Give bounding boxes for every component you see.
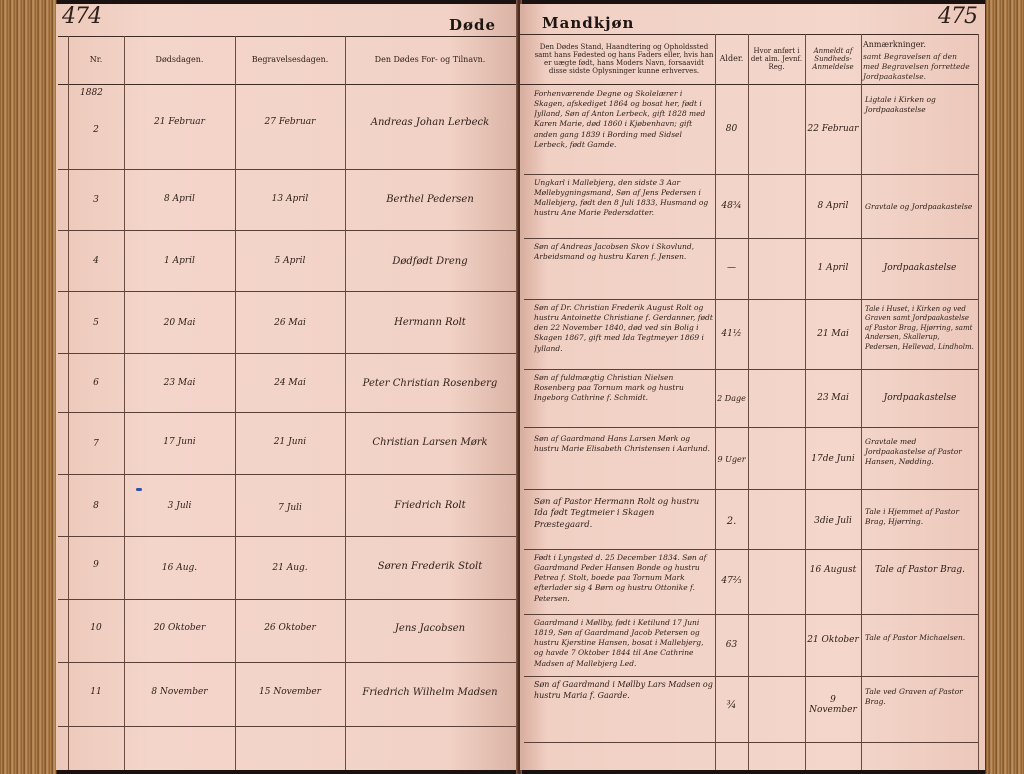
entry-age: 2. <box>715 494 748 548</box>
entry-burial-date: 13 April <box>235 170 345 228</box>
entry-age: 9 Uger <box>715 431 748 487</box>
entry-reported: 17de Juni <box>805 431 861 487</box>
entry-burial-date: 21 Aug. <box>235 537 345 599</box>
entry-name: Peter Christian Rosenberg <box>345 354 515 412</box>
entry-burial-date: 21 Juni <box>235 413 345 471</box>
entry-death-date: 8 November <box>124 663 235 721</box>
entry-reported: 9 November <box>805 677 861 733</box>
entry-status: Født i Lyngsted d. 25 December 1834. Søn… <box>534 550 714 615</box>
header-remarks: Anmærkninger. <box>863 38 903 52</box>
entry-status: Ungkarl i Mallebjerg, den sidste 3 Aar M… <box>534 175 714 240</box>
year-label: 1882 <box>80 86 103 100</box>
entry-burial-date: 26 Mai <box>235 292 345 353</box>
header-nr: Nr. <box>68 36 124 84</box>
entry-status: Søn af Andreas Jacobsen Skov i Skovlund,… <box>534 239 714 300</box>
entry-nr: 9 <box>68 537 124 593</box>
entry-burial-date: 5 April <box>235 231 345 291</box>
section-title-dode: Døde <box>449 16 496 34</box>
entry-name: Jens Jacobsen <box>345 600 515 656</box>
entry-burial-date: 27 Februar <box>235 100 345 144</box>
entry-nr: 2 <box>68 100 124 160</box>
col-divider <box>978 34 979 770</box>
entry-remarks: Tale i Huset, i Kirken og ved Graven sam… <box>865 302 975 371</box>
entry-death-date: 16 Aug. <box>124 537 235 599</box>
entry-status: Søn af Pastor Hermann Rolt og hustru Ida… <box>534 494 714 551</box>
entry-status: Forhenværende Degne og Skolelærer i Skag… <box>534 86 714 175</box>
entry-death-date: 20 Oktober <box>124 600 235 656</box>
entry-remarks: Jordpaakastelse <box>865 239 975 297</box>
header-remarks-note: samt Begravelsen af den med Begravelsen … <box>863 52 975 81</box>
entry-name: Berthel Pedersen <box>345 170 515 228</box>
entry-status: Søn af fuldmægtig Christian Nielsen Rose… <box>534 370 714 429</box>
book-page-edges-right <box>985 0 1024 774</box>
entry-status: Søn af Gaardmand Hans Larsen Mørk og hus… <box>534 431 714 490</box>
entry-age: ¾ <box>715 677 748 733</box>
right-page: Mandkjøn 475 Den Dødes Stand, Haandterin… <box>520 4 985 770</box>
entry-reported: 22 Februar <box>805 86 861 172</box>
entry-nr: 8 <box>68 475 124 536</box>
entry-age: 41½ <box>715 300 748 368</box>
entry-nr: 6 <box>68 354 124 412</box>
entry-age: 47⅔ <box>715 550 748 612</box>
entry-nr: 5 <box>68 292 124 353</box>
entry-status: Gaardmand i Møllby, født i Ketilund 17 J… <box>534 615 714 678</box>
entry-name: Søren Frederik Stolt <box>345 537 515 595</box>
col-divider <box>748 34 749 770</box>
entry-burial-date: 24 Mai <box>235 354 345 412</box>
entry-death-date: 21 Februar <box>124 100 235 144</box>
entry-age: 80 <box>715 86 748 172</box>
entry-name: Friedrich Rolt <box>345 475 515 536</box>
header-burial-date: Begravelsesdagen. <box>235 36 345 84</box>
entry-nr: 7 <box>68 413 124 474</box>
left-page: 474 Døde Nr. Dødsdagen. Begravelsesdagen… <box>56 4 518 770</box>
entry-name: Dødfødt Dreng <box>345 231 515 291</box>
entry-death-date: 8 April <box>124 170 235 228</box>
header-bottom-rule <box>520 84 978 85</box>
entry-remarks: Tale i Hjemmet af Pastor Brag, Hjørring. <box>865 504 975 547</box>
entry-reported: 3die Juli <box>805 494 861 548</box>
entry-remarks: Ligtale i Kirken og Jordpaakastelse <box>865 92 975 165</box>
header-register: Hvor anført i det alm. Jevnf. Reg. <box>748 36 805 82</box>
entry-reported: 16 August <box>805 550 861 590</box>
header-reported: Anmeldt af Sundheds-Anmeldelse <box>805 36 861 82</box>
entry-age: 48¾ <box>715 175 748 237</box>
entry-nr: 3 <box>68 170 124 230</box>
col-divider <box>861 34 862 770</box>
entry-burial-date: 15 November <box>235 663 345 721</box>
entry-reported: 21 Mai <box>805 300 861 368</box>
entry-name: Friedrich Wilhelm Madsen <box>345 663 515 721</box>
entry-reported: 1 April <box>805 239 861 297</box>
entry-reported: 21 Oktober <box>805 615 861 665</box>
entry-nr: 4 <box>68 231 124 291</box>
entry-death-date: 20 Mai <box>124 292 235 353</box>
entry-age: — <box>715 239 748 297</box>
entry-name: Christian Larsen Mørk <box>345 413 515 471</box>
entry-name: Andreas Johan Lerbeck <box>345 100 515 144</box>
entry-burial-date: 26 Oktober <box>235 600 345 656</box>
entry-death-date: 23 Mai <box>124 354 235 412</box>
page-number-right: 475 <box>938 4 977 29</box>
header-death-date: Dødsdagen. <box>124 36 235 84</box>
header-bottom-rule <box>58 84 518 85</box>
entry-status: Søn af Dr. Christian Frederik August Rol… <box>534 300 714 371</box>
entry-name: Hermann Rolt <box>345 292 515 353</box>
book-page-edges-left <box>0 0 57 774</box>
entry-age: 63 <box>715 615 748 675</box>
entry-death-date: 3 Juli <box>124 475 235 536</box>
entry-remarks: Tale af Pastor Michaelsen. <box>865 630 975 673</box>
header-top-rule <box>520 34 978 35</box>
entry-age: 2 Dage <box>715 370 748 426</box>
entry-status: Søn af Gaardmand i Møllby Lars Madsen og… <box>534 677 714 732</box>
entry-remarks: Gravtale med Jordpaakastelse af Pastor H… <box>865 434 975 489</box>
page-number-left: 474 <box>62 4 101 29</box>
entry-remarks: Tale ved Graven af Pastor Brag. <box>865 684 975 735</box>
entry-nr: 11 <box>68 663 124 721</box>
entry-remarks: Gravtale og Jordpaakastelse <box>865 199 975 232</box>
section-title-mandkjon: Mandkjøn <box>542 14 634 32</box>
entry-reported: 8 April <box>805 175 861 237</box>
row-rule <box>524 742 978 743</box>
entry-remarks: Jordpaakastelse <box>865 370 975 426</box>
header-name: Den Dødes For- og Tilnavn. <box>345 36 515 84</box>
row-rule <box>58 726 518 727</box>
entry-reported: 23 Mai <box>805 370 861 426</box>
entry-nr: 10 <box>68 600 124 656</box>
entry-death-date: 17 Juni <box>124 413 235 471</box>
entry-remarks: Tale af Pastor Brag. <box>865 550 975 590</box>
header-status: Den Dødes Stand, Haandtering og Opholdss… <box>534 36 714 82</box>
entry-burial-date: 7 Juli <box>235 475 345 541</box>
header-age: Alder. <box>715 36 748 82</box>
entry-death-date: 1 April <box>124 231 235 291</box>
